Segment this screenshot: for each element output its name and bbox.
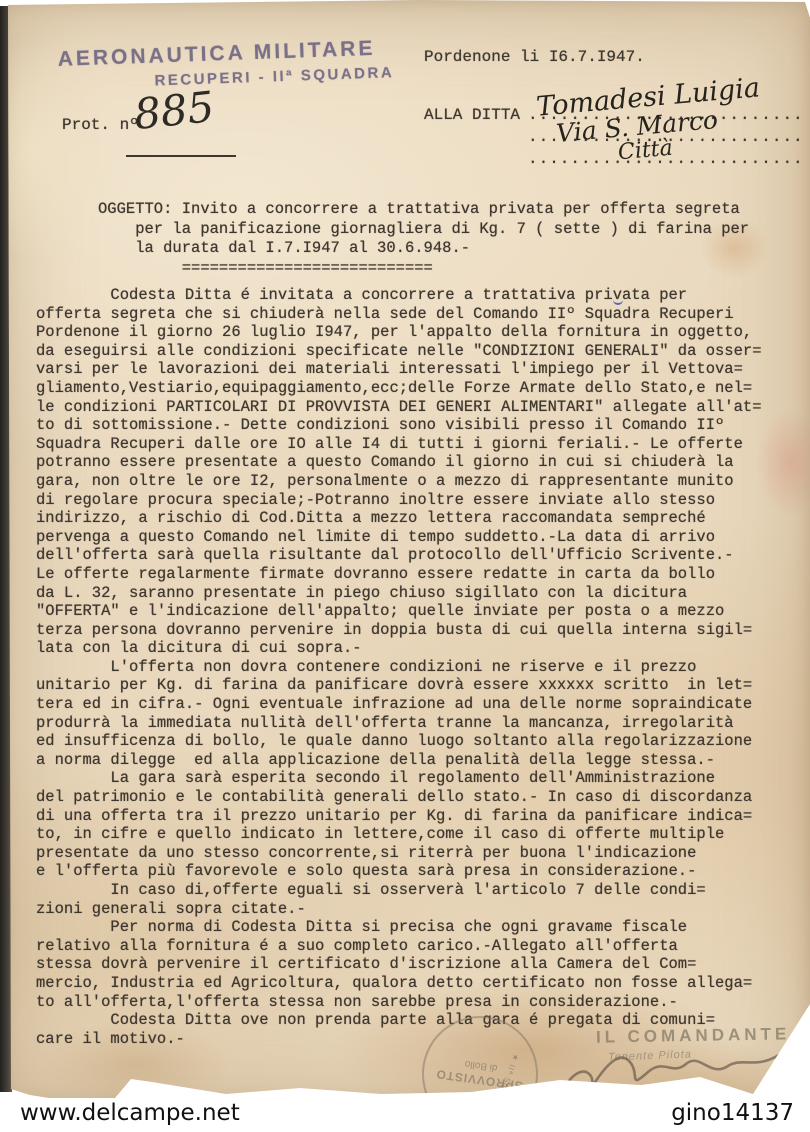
letter-body-text: Codesta Ditta é invitata a concorrere a …	[36, 286, 762, 1048]
commander-signature	[560, 1020, 800, 1110]
addressee-label: ALLA DITTA	[424, 106, 520, 124]
date-line: Pordenone li I6.7.I947.	[424, 48, 645, 66]
addressee-handwritten-city: Città	[617, 136, 674, 166]
watermark-seller: gino14137	[671, 1100, 794, 1126]
protocol-number-handwritten: 885	[132, 82, 217, 139]
paper-stain	[756, 408, 810, 518]
document-paper: AERONAUTICA MILITARE RECUPERI - IIª SQUA…	[0, 0, 810, 1104]
watermark-site: www.delcampe.net	[20, 1100, 240, 1126]
subject-block: OGGETTO: Invito a concorrere a trattativ…	[98, 200, 749, 278]
unit-ink-stamp: AERONAUTICA MILITARE RECUPERI - IIª SQUA…	[57, 36, 394, 93]
protocol-label: Prot. nº	[62, 116, 139, 134]
protocol-underline	[126, 155, 236, 157]
scanned-document: AERONAUTICA MILITARE RECUPERI - IIª SQUA…	[0, 0, 810, 1132]
